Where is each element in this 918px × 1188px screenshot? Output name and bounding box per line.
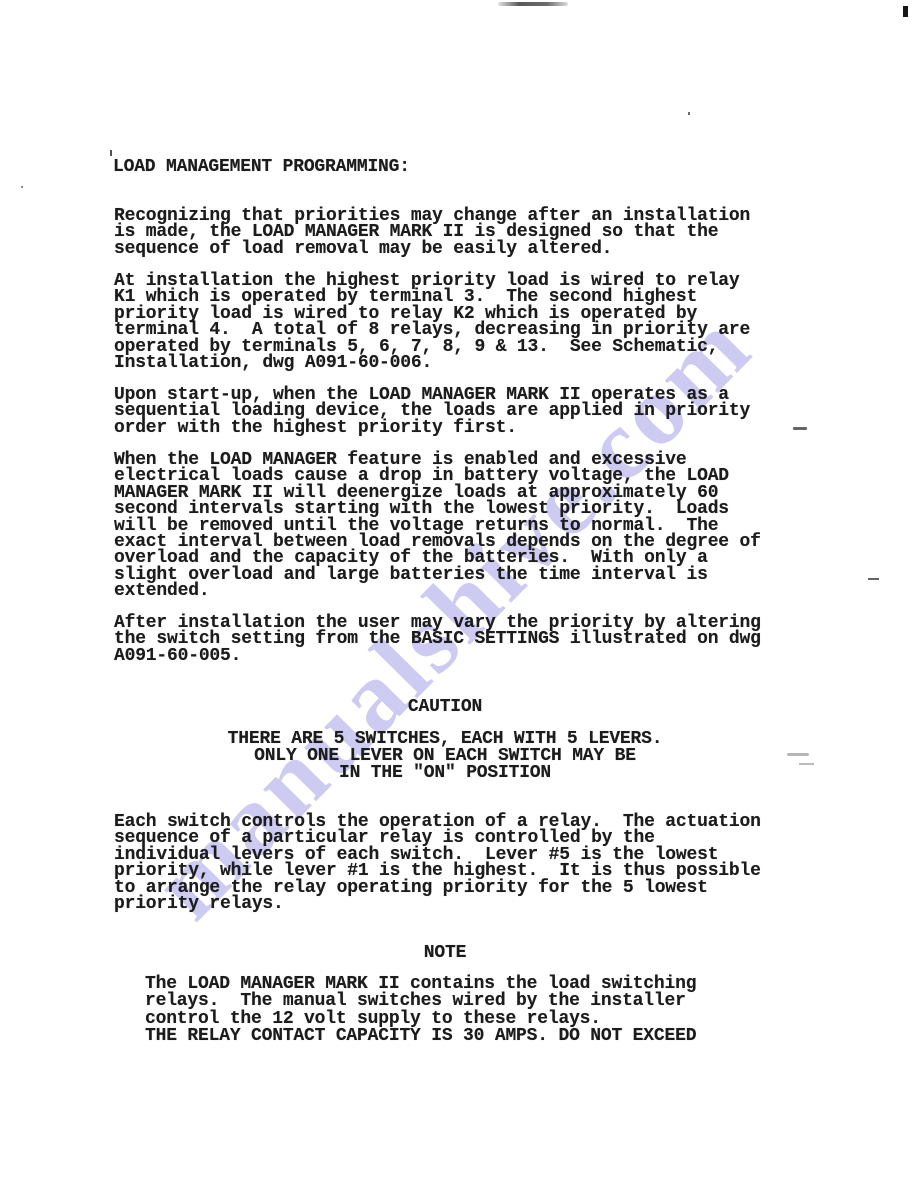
scan-artifact-margin-dash bbox=[868, 578, 879, 580]
note-heading: NOTE bbox=[114, 945, 776, 961]
document-text-layer: LOAD MANAGEMENT PROGRAMMING: Recognizing… bbox=[0, 0, 918, 1188]
paragraph-startup-sequential-loading: Upon start-up, when the LOAD MANAGER MAR… bbox=[114, 387, 750, 436]
scan-artifact-speck bbox=[21, 186, 23, 188]
scan-artifact-speck bbox=[787, 753, 809, 756]
paragraph-load-manager-feature: When the LOAD MANAGER feature is enabled… bbox=[114, 452, 761, 600]
paragraph-installation-relays: At installation the highest priority loa… bbox=[114, 273, 750, 371]
scan-artifact-speck bbox=[688, 112, 690, 115]
paragraph-recognizing-priorities: Recognizing that priorities may change a… bbox=[114, 208, 750, 257]
page-title: LOAD MANAGEMENT PROGRAMMING: bbox=[113, 159, 410, 175]
note-text: The LOAD MANAGER MARK II contains the lo… bbox=[145, 976, 696, 1045]
scan-artifact-margin-dash bbox=[793, 427, 807, 430]
scan-artifact-top-streak bbox=[498, 2, 568, 6]
paragraph-after-installation: After installation the user may vary the… bbox=[114, 615, 761, 664]
paragraph-switch-controls: Each switch controls the operation of a … bbox=[114, 814, 761, 912]
scan-artifact-speck bbox=[110, 150, 112, 156]
scan-artifact-corner-tick bbox=[903, 6, 908, 17]
scanned-manual-page: manualshive.com LOAD MANAGEMENT PROGRAMM… bbox=[0, 0, 918, 1188]
scan-artifact-speck bbox=[799, 763, 814, 765]
caution-text: THERE ARE 5 SWITCHES, EACH WITH 5 LEVERS… bbox=[114, 731, 776, 782]
caution-heading: CAUTION bbox=[114, 699, 776, 715]
